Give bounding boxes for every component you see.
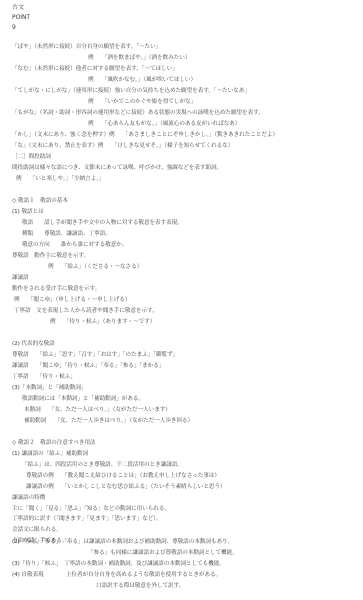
- text-line: 「参る」も同様に謙譲語および尊敬語の本動詞として機能。: [88, 549, 238, 557]
- text-line: 尊敬語 「給ふ」「思す」「召す」「おはす」「のたまふ」「御覧ず」: [12, 351, 178, 359]
- text-line: 「ばや」（未然形に接続）自分自身の願望を表す。「〜たい」: [12, 43, 161, 51]
- text-line: 種類 尊敬語、謙譲語、丁寧語。: [22, 230, 111, 238]
- text-line: 敬意の方向 誰から誰に対する敬意か。: [22, 241, 127, 249]
- text-line: 主に「聞く」「見る」「思ふ」「知る」などの動詞に用いられる。: [12, 505, 170, 513]
- text-line: 謙譲語: [12, 274, 29, 282]
- text-line: 尊敬語 動作主に敬意を示す。: [12, 252, 89, 260]
- text-line: 例 「いかでこのかぐや姫を得てしがな」: [88, 98, 196, 106]
- text-line: (3)「本動詞」と「補助動詞」: [12, 384, 86, 392]
- text-line: 「給ふ」は、四段活用のとき尊敬語、下二段活用のとき謙譲語。: [22, 461, 183, 469]
- text-line: 敬語動詞には「本動詞」と「補助動詞」がある。: [22, 395, 144, 403]
- text-line: 例 「酒を飲まばや。」（酒を飲みたい）: [88, 54, 190, 62]
- text-line: 口語訳する際は敬意を外して訳す。: [96, 582, 184, 590]
- text-line: ◇ 敬語２ 敬語の注意すべき用法: [12, 439, 95, 447]
- text-line: (2)「奉る」「参る」 「奉る」は謙譲語の本動詞および補助動詞、尊敬語の本動詞も…: [12, 538, 233, 546]
- text-line: 例 「風吹かなむ。」（風が吹いてほしい）: [88, 76, 196, 84]
- text-line: (1) 謙譲語の「給ふ」補助動詞: [12, 450, 88, 458]
- text-line: 「なむ」（未然形に接続）他者に対する願望を表す。「〜てほしい」: [12, 65, 178, 73]
- text-line: 本動詞 「女、ただ一人はべり。」（女がただ一人います）: [24, 406, 171, 414]
- text-line: 例 「いと寒しや。」「少納言よ。」: [16, 175, 104, 183]
- text-line: 例 「聞こゆ」（申し上げる・〜申し上げる）: [14, 296, 130, 304]
- text-line: 敬語 話し手が聞き手や文中の人物に対する敬意を表す表現。: [22, 219, 183, 227]
- text-line: 例 「心あらん友もがな。」（風流心のある友がいればなあ）: [88, 120, 240, 128]
- text-line: 例 「侍り・候ふ」（あります・〜です）: [50, 318, 155, 326]
- text-line: 謙譲語の特徴: [12, 494, 45, 502]
- text-line: 間投助詞は様々な語につき、文節末にあって詠嘆、呼びかけ、強調などを表す助詞。: [12, 164, 222, 172]
- text-line: (3)「侍り」「候ふ」 丁寧語の本動詞・補助動詞、及び謙譲語の本動詞としても機能…: [12, 560, 225, 568]
- text-line: ◇ 敬語１ 敬語の基本: [12, 197, 68, 205]
- text-line: 丁寧語 文を表現した人から読者や聞き手に敬意を示す。: [14, 307, 158, 315]
- text-line: 尊敬語の例 「教え聞こえ給ひけることは」（お教え申し上げなさった事は）: [26, 472, 220, 480]
- text-line: 「てしがな・にしがな」（連用形に接続）強い自分の気持ちを込めた願望を表す。「〜た…: [12, 87, 250, 95]
- text-line: (4) 自敬表現 上位者が自分自身を高めるような敬語を使用するときがある。: [12, 571, 221, 579]
- subject-title: 古文: [12, 4, 24, 12]
- text-line: 「な」（文末にあり、禁止を表す）例 「けしきな見せそ。」（様子を知らせてくれるな…: [12, 142, 233, 150]
- text-line: 丁寧語的に訳す（「聞きます」「見ます」「思います」など）。: [12, 515, 162, 523]
- text-line: ［二］間投助詞: [12, 153, 51, 161]
- point-label: POINT: [12, 14, 30, 22]
- text-line: 会話文に限られる。: [12, 526, 62, 534]
- text-line: (1) 敬語とは: [12, 208, 44, 216]
- point-number: 9: [12, 24, 16, 32]
- text-line: 丁寧語 「侍り・候ふ」: [12, 373, 76, 381]
- text-line: 「かし」（文末にあり、強く念を押す）例 「あさましきことにぞ申しきかし。」（驚き…: [12, 131, 278, 139]
- text-line: 「もがな」（名詞・助詞・形容詞の連用形などに接続）ある状態の実現への詠嘆を込めた…: [12, 109, 264, 117]
- text-line: 謙譲語の例 「いとかしこしとなむ思ひ給ふる」（たいそう素晴らしいと思う）: [26, 483, 226, 491]
- text-line: 補助動詞 「女、ただ一人歩きはべり。」（女がただ一人歩き回る）: [24, 417, 193, 425]
- text-line: 例 「給ふ」（くださる・〜なさる）: [48, 263, 142, 271]
- text-line: 謙譲語 「聞こゆ」「侍り・候ふ」「奉る」「参る」「まかる」: [12, 362, 164, 370]
- text-line: (2) 代表的な敬語: [12, 340, 55, 348]
- text-line: 動作をされる受け手に敬意を示す。: [12, 285, 100, 293]
